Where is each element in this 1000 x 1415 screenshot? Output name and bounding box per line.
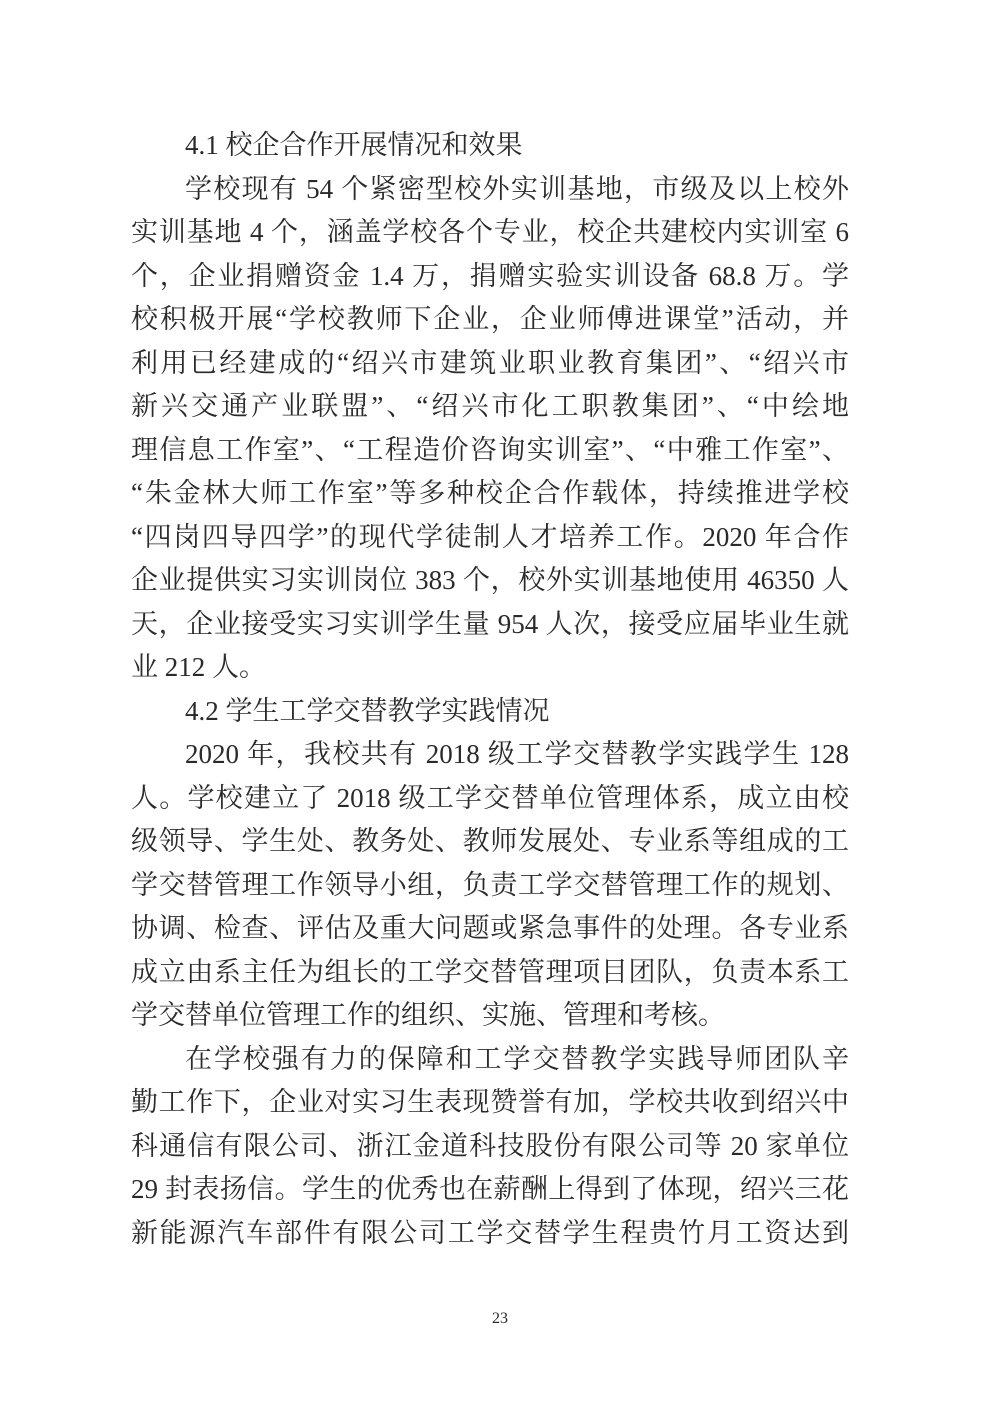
text-line: 人。学校建立了 2018 级工学交替单位管理体系，成立由校 [131, 777, 849, 821]
section-heading-4-1: 4.1 校企合作开展情况和效果 [131, 124, 849, 168]
text-line: 天，企业接受实习实训学生量 954 人次，接受应届毕业生就 [131, 603, 849, 647]
text-line: 新能源汽车部件有限公司工学交替学生程贵竹月工资达到 [131, 1212, 849, 1256]
text-line: 学交替单位管理工作的组织、实施、管理和考核。 [131, 994, 849, 1038]
paragraph-work-study-rotation: 2020 年，我校共有 2018 级工学交替教学实践学生 128人。学校建立了 … [131, 733, 849, 1038]
text-line: 29 封表扬信。学生的优秀也在薪酬上得到了体现，绍兴三花 [131, 1168, 849, 1212]
text-line: 勤工作下，企业对实习生表现赞誉有加，学校共收到绍兴中 [131, 1081, 849, 1125]
text-line: 学校现有 54 个紧密型校外实训基地，市级及以上校外 [131, 168, 849, 212]
section-heading-4-2: 4.2 学生工学交替教学实践情况 [131, 690, 849, 734]
text-line: 新兴交通产业联盟”、“绍兴市化工职教集团”、“中绘地 [131, 385, 849, 429]
text-line: 实训基地 4 个，涵盖学校各个专业，校企共建校内实训室 6 [131, 211, 849, 255]
text-line: 级领导、学生处、教务处、教师发展处、专业系等组成的工 [131, 820, 849, 864]
text-line: 在学校强有力的保障和工学交替教学实践导师团队辛 [131, 1038, 849, 1082]
text-line: 利用已经建成的“绍兴市建筑业职业教育集团”、“绍兴市 [131, 342, 849, 386]
text-line: 成立由系主任为组长的工学交替管理项目团队，负责本系工 [131, 951, 849, 995]
paragraph-school-enterprise-cooperation: 学校现有 54 个紧密型校外实训基地，市级及以上校外实训基地 4 个，涵盖学校各… [131, 168, 849, 690]
page-number: 23 [0, 1310, 1000, 1328]
text-line: 科通信有限公司、浙江金道科技股份有限公司等 20 家单位 [131, 1125, 849, 1169]
document-page: 4.1 校企合作开展情况和效果 学校现有 54 个紧密型校外实训基地，市级及以上… [0, 0, 1000, 1415]
text-line: 2020 年，我校共有 2018 级工学交替教学实践学生 128 [131, 733, 849, 777]
text-line: 校积极开展“学校教师下企业，企业师傅进课堂”活动，并 [131, 298, 849, 342]
text-line: 理信息工作室”、“工程造价咨询实训室”、“中雅工作室”、 [131, 429, 849, 473]
text-line: 学交替管理工作领导小组，负责工学交替管理工作的规划、 [131, 864, 849, 908]
text-line: 个，企业捐赠资金 1.4 万，捐赠实验实训设备 68.8 万。学 [131, 255, 849, 299]
paragraph-enterprise-praise: 在学校强有力的保障和工学交替教学实践导师团队辛勤工作下，企业对实习生表现赞誉有加… [131, 1038, 849, 1256]
text-line: 协调、检查、评估及重大问题或紧急事件的处理。各专业系 [131, 907, 849, 951]
text-line: “四岗四导四学”的现代学徒制人才培养工作。2020 年合作 [131, 516, 849, 560]
text-line: “朱金林大师工作室”等多种校企合作载体，持续推进学校 [131, 472, 849, 516]
text-line: 业 212 人。 [131, 646, 849, 690]
text-line: 企业提供实习实训岗位 383 个，校外实训基地使用 46350 人 [131, 559, 849, 603]
page-content: 4.1 校企合作开展情况和效果 学校现有 54 个紧密型校外实训基地，市级及以上… [131, 124, 849, 1255]
